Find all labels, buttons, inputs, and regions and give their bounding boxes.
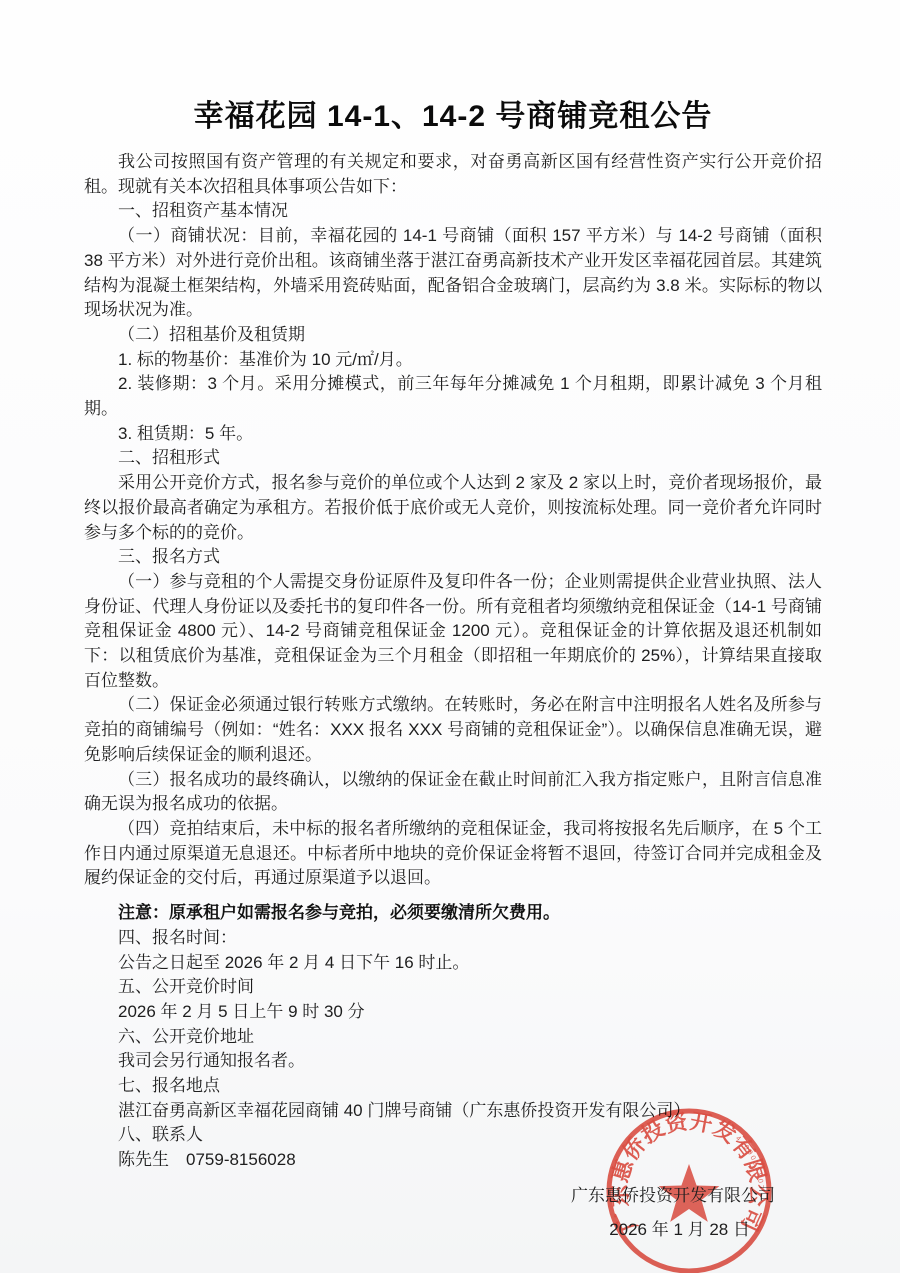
registration-confirmation-paragraph: （三）报名成功的最终确认，以缴纳的保证金在截止时间前汇入我方指定账户，且附言信息… <box>84 768 822 817</box>
document-body: 我公司按照国有资产管理的有关规定和要求，对奋勇高新区国有经营性资产实行公开竞价招… <box>84 150 822 1173</box>
section-8-heading: 八、联系人 <box>84 1123 822 1148</box>
lease-term-item: 3. 租赁期：5 年。 <box>84 422 822 447</box>
section-4-heading: 四、报名时间： <box>84 926 822 951</box>
section-1-2-heading: （二）招租基价及租赁期 <box>84 323 822 348</box>
base-price-item: 1. 标的物基价：基准价为 10 元/㎡/月。 <box>84 348 822 373</box>
section-3-heading: 三、报名方式 <box>84 545 822 570</box>
registration-requirements-paragraph: （一）参与竞租的个人需提交身份证原件及复印件各一份；企业则需提供企业营业执照、法… <box>84 570 822 694</box>
section-5-heading: 五、公开竞价时间 <box>84 975 822 1000</box>
signature-block: 广东惠侨投资开发有限公司 2026 年 1 月 28 日 <box>84 1179 822 1247</box>
signature-date: 2026 年 1 月 28 日 <box>84 1213 822 1247</box>
document-title: 幸福花园 14-1、14-2 号商铺竞租公告 <box>84 97 822 137</box>
shop-status-paragraph: （一）商铺状况：目前，幸福花园的 14-1 号商铺（面积 157 平方米）与 1… <box>84 224 822 323</box>
section-7-heading: 七、报名地点 <box>84 1074 822 1099</box>
notice-line: 注意：原承租户如需报名参与竞拍，必须要缴清所欠费用。 <box>84 901 822 926</box>
section-6-heading: 六、公开竞价地址 <box>84 1025 822 1050</box>
document-page: 幸福花园 14-1、14-2 号商铺竞租公告 我公司按照国有资产管理的有关规定和… <box>0 0 900 1273</box>
bidding-address-line: 我司会另行通知报名者。 <box>84 1049 822 1074</box>
signature-company: 广东惠侨投资开发有限公司 <box>84 1179 822 1213</box>
registration-address-line: 湛江奋勇高新区幸福花园商铺 40 门牌号商铺（广东惠侨投资开发有限公司） <box>84 1099 822 1124</box>
section-1-heading: 一、招租资产基本情况 <box>84 199 822 224</box>
deposit-refund-paragraph: （四）竞拍结束后，未中标的报名者所缴纳的竞租保证金，我司将按报名先后顺序，在 5… <box>84 817 822 891</box>
decoration-period-item: 2. 装修期：3 个月。采用分摊模式，前三年每年分摊减免 1 个月租期，即累计减… <box>84 372 822 421</box>
bidding-time-line: 2026 年 2 月 5 日上午 9 时 30 分 <box>84 1000 822 1025</box>
intro-paragraph: 我公司按照国有资产管理的有关规定和要求，对奋勇高新区国有经营性资产实行公开竞价招… <box>84 150 822 199</box>
contact-line: 陈先生 0759-8156028 <box>84 1148 822 1173</box>
deposit-transfer-paragraph: （二）保证金必须通过银行转账方式缴纳。在转账时，务必在附言中注明报名人姓名及所参… <box>84 693 822 767</box>
section-2-heading: 二、招租形式 <box>84 446 822 471</box>
registration-deadline-line: 公告之日起至 2026 年 2 月 4 日下午 16 时止。 <box>84 951 822 976</box>
bidding-form-paragraph: 采用公开竞价方式，报名参与竞价的单位或个人达到 2 家及 2 家以上时，竞价者现… <box>84 471 822 545</box>
